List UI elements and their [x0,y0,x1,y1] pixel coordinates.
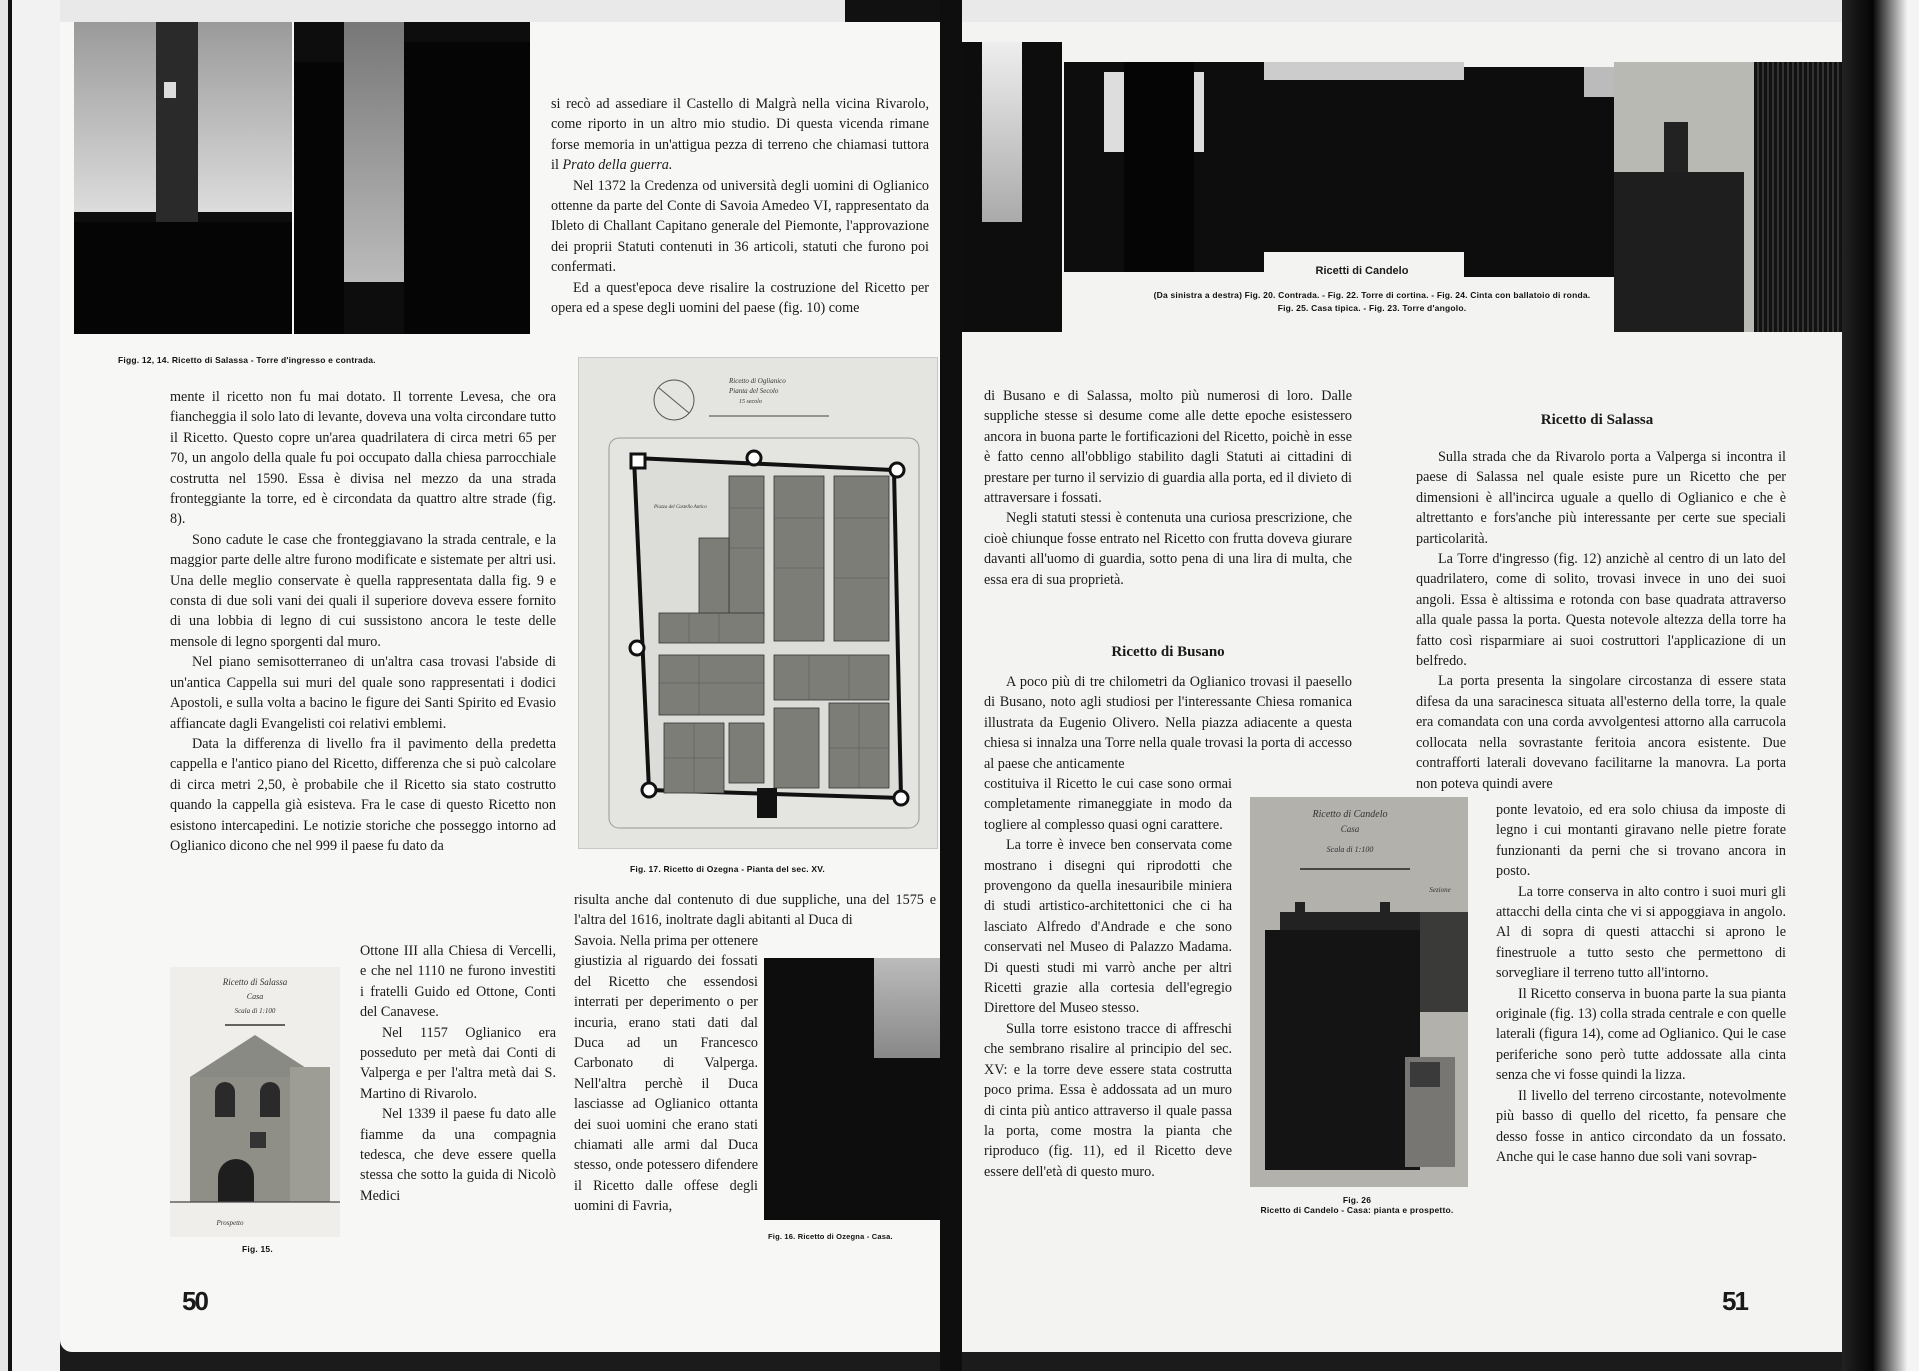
paragraph: La torre è invece ben conservata come mo… [984,835,1232,1019]
paragraph: Il livello del terreno circostante, note… [1496,1086,1786,1168]
svg-text:Scala di 1:100: Scala di 1:100 [235,1007,276,1015]
paragraph: La torre conserva in alto contro i suoi … [1496,882,1786,984]
paragraph: ponte levatoio, ed era solo chiusa da im… [1496,800,1786,882]
scan-left-edge [0,0,60,1371]
house-elevation-svg: Ricetto di Salassa Casa Scala di 1:100 P… [170,967,340,1237]
text-column-left-intro: di Busano e di Salassa, molto più numero… [984,386,1352,590]
photo-fig22-torre-cortina [1064,62,1264,272]
paragraph: Nel piano semisotterraneo di un'altra ca… [170,652,556,734]
paragraph: mente il ricetto non fu mai dotato. Il t… [170,387,556,530]
text-column-right-narrow: Savoia. Nella prima per ottenere giustiz… [574,931,758,1217]
paragraph: Nel 1157 Oglianico era posseduto per met… [360,1023,556,1105]
text-salassa-full: Sulla strada che da Rivarolo porta a Val… [1416,447,1786,794]
heading-ricetto-busano: Ricetto di Busano [984,644,1352,661]
svg-text:Piazza del Castello Antico: Piazza del Castello Antico [653,505,707,510]
paragraph: A poco più di tre chilometri da Oglianic… [984,672,1352,774]
svg-text:Casa: Casa [247,992,263,1001]
svg-text:Ricetto di Salassa: Ricetto di Salassa [222,977,288,987]
paragraph: Sono cadute le case che fronteggiavano l… [170,530,556,652]
caption-fig26-line1: Fig. 26 [1242,1195,1472,1205]
photo-fig12-tower [74,22,292,334]
text-busano-narrow: costituiva il Ricetto le cui case sono o… [984,774,1232,1182]
left-page: Figg. 12, 14. Ricetto di Salassa - Torre… [60,22,940,1352]
svg-text:Casa: Casa [1341,824,1360,834]
paragraph: Savoia. Nella prima per ottenere giustiz… [574,931,758,1217]
scan-right-edge [1842,0,1919,1371]
text-column-top: si recò ad assediare il Castello di Malg… [551,94,929,318]
drawing-fig17-ricetto-plan: Ricetto di Oglianico Pianta del Secolo 1… [578,357,938,849]
photo-fig24-cinta-ballatoio [1264,62,1464,252]
banner-caption-line2: Fig. 25. Casa tipica. - Fig. 23. Torre d… [1072,303,1672,313]
paragraph: di Busano e di Salassa, molto più numero… [984,386,1352,508]
banner-caption: (Da sinistra a destra) Fig. 20. Contrada… [1072,290,1672,313]
paragraph: Nel 1372 la Credenza od università degli… [551,176,929,278]
text-busano-full: A poco più di tre chilometri da Oglianic… [984,672,1352,774]
photo-fig20-contrada [962,42,1062,332]
caption-fig26-line2: Ricetto di Candelo - Casa: pianta e pros… [1242,1205,1472,1215]
svg-text:Scala di 1:100: Scala di 1:100 [1327,845,1374,854]
drawing-fig15-house-elevation: Ricetto di Salassa Casa Scala di 1:100 P… [170,967,340,1237]
paragraph: Ottone III alla Chiesa di Vercelli, e ch… [360,941,556,1023]
drawing-fig26-candelo-house: Ricetto di Candelo Casa Scala di 1:100 S… [1250,797,1468,1187]
page-number-right: 51 [1722,1286,1747,1317]
text-column-right-full: risulta anche dal contenuto di due suppl… [574,890,936,931]
paragraph: Sulla torre esistono tracce di affreschi… [984,1019,1232,1182]
photo-fig14-street [294,22,530,334]
right-page: Ricetti di Candelo (Da sinistra a destra… [962,22,1842,1352]
paragraph: Data la differenza di livello fra il pav… [170,734,556,856]
paragraph: si recò ad assediare il Castello di Malg… [551,94,929,176]
paragraph: Sulla strada che da Rivarolo porta a Val… [1416,447,1786,549]
text-column-left: mente il ricetto non fu mai dotato. Il t… [170,387,556,856]
paragraph: costituiva il Ricetto le cui case sono o… [984,774,1232,835]
banner-caption-line1: (Da sinistra a destra) Fig. 20. Contrada… [1072,290,1672,300]
page-number-left: 50 [182,1286,207,1317]
text-column-left-narrow: Ottone III alla Chiesa di Vercelli, e ch… [360,941,556,1206]
heading-ricetto-salassa: Ricetto di Salassa [1412,412,1782,429]
paragraph: Negli statuti stessi è contenuta una cur… [984,508,1352,590]
svg-text:15 secolo: 15 secolo [739,399,762,405]
paragraph: Nel 1339 il paese fu dato alle fiamme da… [360,1104,556,1206]
photo-fig25-casa-tipica [1464,67,1614,277]
text-salassa-narrow: ponte levatoio, ed era solo chiusa da im… [1496,800,1786,1167]
svg-text:Pianta del Secolo: Pianta del Secolo [728,387,779,395]
caption-fig26: Fig. 26 Ricetto di Candelo - Casa: piant… [1242,1195,1472,1215]
caption-fig12-14: Figg. 12, 14. Ricetto di Salassa - Torre… [118,355,376,365]
svg-text:Sezione: Sezione [1429,886,1450,894]
ricetto-plan-svg: Ricetto di Oglianico Pianta del Secolo 1… [579,358,937,848]
paragraph: La porta presenta la singolare circostan… [1416,671,1786,793]
photo-fig16-house [764,958,940,1220]
caption-fig15: Fig. 15. [242,1244,273,1254]
paragraph: Il Ricetto conserva in buona parte la su… [1496,984,1786,1086]
candelo-house-svg: Ricetto di Candelo Casa Scala di 1:100 S… [1250,797,1468,1187]
svg-text:Prospetto: Prospetto [216,1219,244,1227]
paragraph: risulta anche dal contenuto di due suppl… [574,890,936,931]
banner-title: Ricetti di Candelo [1162,265,1562,277]
paragraph: La Torre d'ingresso (fig. 12) anzichè al… [1416,549,1786,671]
caption-fig16: Fig. 16. Ricetto di Ozegna - Casa. [768,1232,893,1241]
svg-text:Ricetto di Oglianico: Ricetto di Oglianico [728,377,786,385]
svg-text:Ricetto di Candelo: Ricetto di Candelo [1312,809,1388,820]
caption-fig17: Fig. 17. Ricetto di Ozegna - Pianta del … [630,864,825,874]
book-gutter [940,0,962,1371]
paragraph: Ed a quest'epoca deve risalire la costru… [551,278,929,319]
